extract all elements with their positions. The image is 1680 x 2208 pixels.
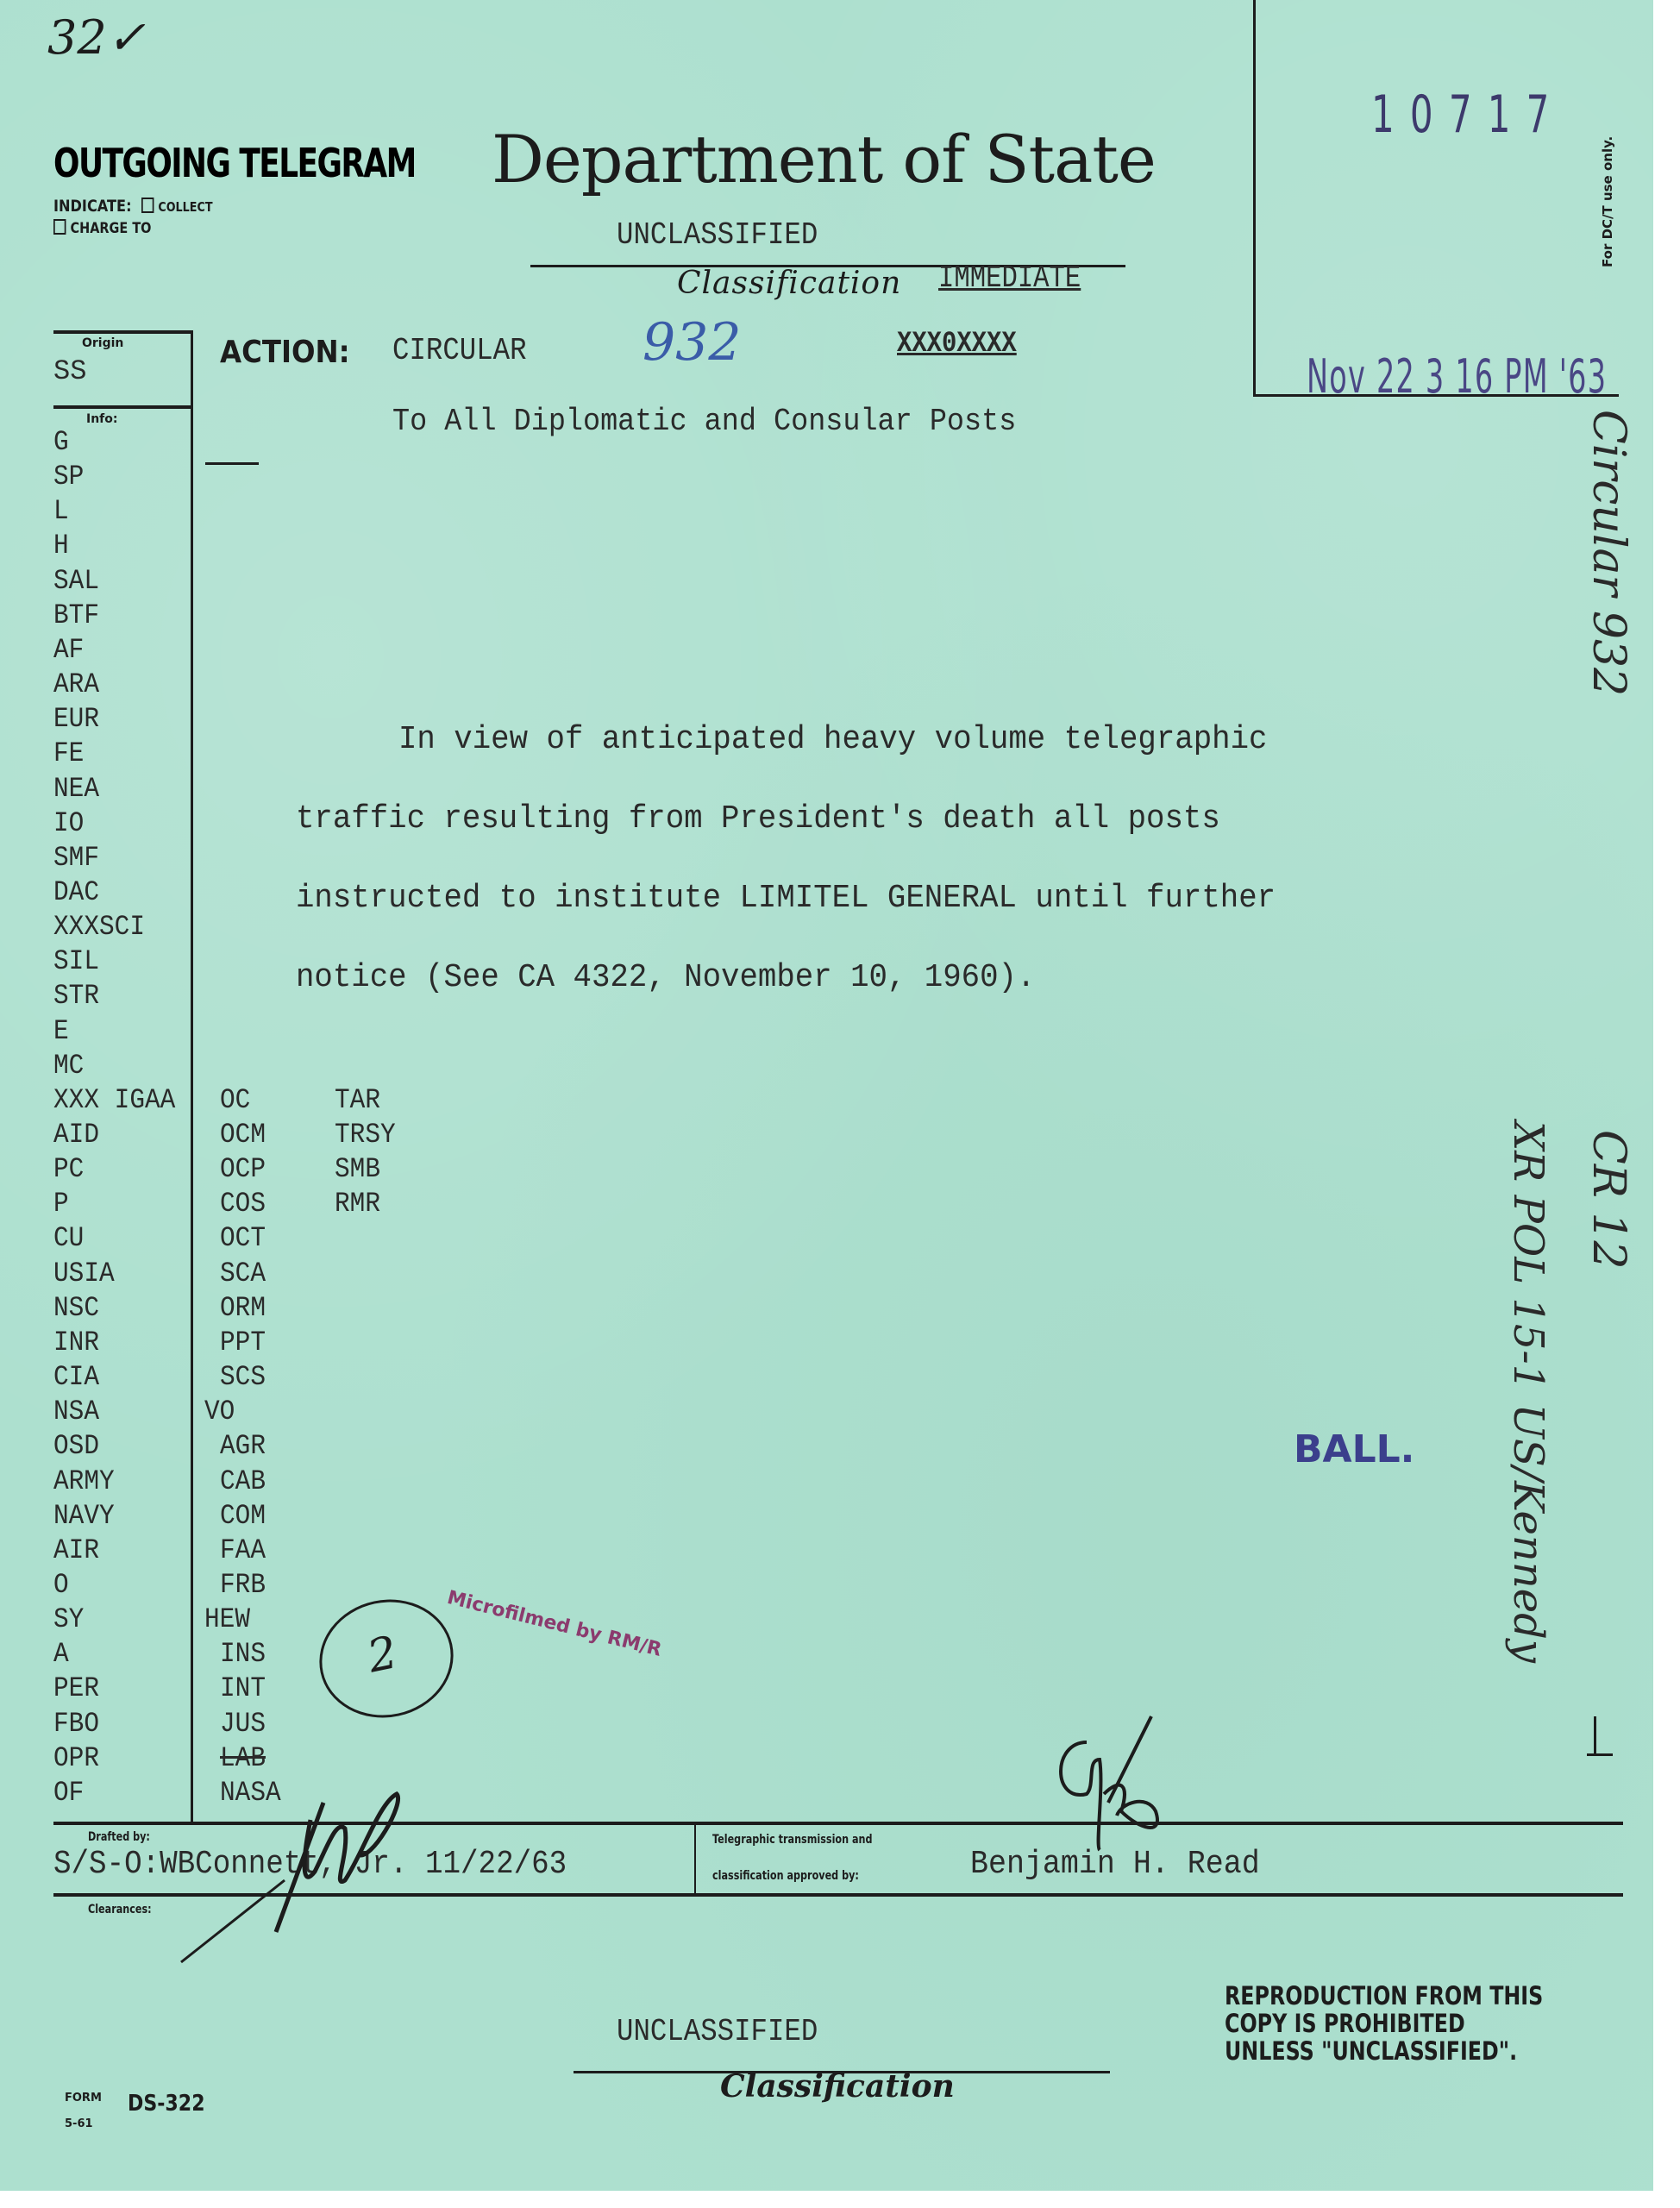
action-label: ACTION: [220,335,350,370]
collect-label: COLLECT [158,199,212,215]
classification-label-top: Classification [677,266,901,301]
routing-code: STR [53,980,99,1012]
collect-checkbox[interactable] [141,198,154,213]
indicate-row: INDICATE: COLLECT [53,197,213,216]
routing-code: COM [220,1500,266,1532]
routing-code: HEW [204,1603,250,1635]
date-time-stamp: Nov 22 3 16 PM '63 [1307,349,1607,404]
form-date: 5-61 [65,2111,102,2137]
bracket-mark-horizontal [1587,1753,1613,1756]
routing-code: L [53,495,69,527]
routing-code: BTF [53,599,99,631]
action-value: CIRCULAR [392,333,527,368]
circular-number-handwritten: 932 [643,312,742,373]
origin-value: SS [53,355,86,387]
classification-value-bottom: UNCLASSIFIED [617,2014,818,2049]
routing-code: FBO [53,1708,99,1740]
dct-use-label: For DC/T use only. [1600,136,1615,267]
routing-code: INR [53,1327,99,1358]
routing-code: PPT [220,1327,266,1358]
reproduction-notice-line-2: COPY IS PROHIBITED [1225,2010,1543,2037]
routing-code: OC [220,1084,250,1116]
reproduction-notice: REPRODUCTION FROM THIS COPY IS PROHIBITE… [1225,1982,1543,2065]
routing-code: SMB [335,1153,380,1185]
routing-code: USIA [53,1258,115,1289]
telegram-page: 32✓ OUTGOING TELEGRAM Department of Stat… [0,0,1653,2191]
routing-code: SMF [53,842,99,874]
routing-code: XXXSCI [53,911,145,943]
circled-number: 2 [309,1587,465,1729]
routing-code: OCT [220,1222,266,1254]
circled-number-value: 2 [363,1627,402,1684]
routing-code: AGR [220,1430,266,1462]
bracket-mark-vertical [1594,1716,1596,1755]
routing-code: INT [220,1672,266,1704]
routing-code: AID [53,1119,99,1151]
margin-note-file-ref: XR POL 15-1 US/Kennedy [1504,1121,1552,1663]
info-label: Info: [86,412,117,426]
ball-stamp: BALL. [1294,1427,1414,1471]
body-line-4: notice (See CA 4322, November 10, 1960). [296,959,1035,996]
clearances-label: Clearances: [88,1903,152,1916]
routing-column-divider [191,330,193,1822]
microfilm-stamp: Microfilmed by RM/R [445,1587,664,1661]
routing-code: EUR [53,703,99,735]
margin-note-cr: CR 12 [1583,1130,1634,1270]
routing-code: DAC [53,876,99,908]
routing-code: TRSY [335,1119,396,1151]
routing-code: P [53,1188,69,1220]
routing-code: PC [53,1153,84,1185]
routing-code: NSA [53,1396,99,1427]
routing-code: IO [53,807,84,839]
routing-code: CU [53,1222,84,1254]
routing-code: COS [220,1188,266,1220]
routing-code: SCS [220,1361,266,1393]
routing-code: O [53,1569,69,1601]
routing-code: ORM [220,1292,266,1324]
routing-code: E [53,1015,69,1047]
reproduction-notice-line-1: REPRODUCTION FROM THIS [1225,1982,1543,2010]
classification-value-top: UNCLASSIFIED [617,217,818,253]
origin-box-divider [53,405,193,409]
body-line-1: In view of anticipated heavy volume tele… [398,721,1267,758]
agency-title: Department of State [492,121,1156,198]
dct-number-stamp: 10717 [1371,85,1565,145]
short-dash-mark [205,462,259,465]
routing-code: SIL [53,945,99,977]
origin-label: Origin [82,336,123,350]
routing-code: ARMY [53,1465,115,1497]
drafter-signature [172,1768,431,1966]
routing-code: G [53,426,69,458]
routing-code: OPR [53,1742,99,1774]
routing-code: A [53,1638,69,1670]
routing-code: CIA [53,1361,99,1393]
routing-code: AIR [53,1534,99,1566]
routing-code: XXX IGAA [53,1084,175,1116]
routing-code: OF [53,1777,84,1809]
routing-code: MC [53,1050,84,1082]
approval-label-2: classification approved by: [712,1869,859,1883]
body-line-2: traffic resulting from President's death… [296,800,1220,837]
struck-out-text: XXX0XXXX [897,328,1017,361]
routing-code: OCP [220,1153,266,1185]
form-type-title: OUTGOING TELEGRAM [53,140,416,186]
routing-code: SP [53,461,84,492]
margin-note-circular: Circular 932 [1583,410,1634,696]
dct-box-left-border [1253,0,1256,397]
routing-code: CAB [220,1465,266,1497]
routing-code: NAVY [53,1500,115,1532]
indicate-label: INDICATE: [53,197,132,216]
routing-code: AF [53,634,84,666]
routing-code: NEA [53,773,99,805]
routing-code: H [53,530,69,561]
routing-code: INS [220,1638,266,1670]
page-number-mark: 32✓ [47,10,146,65]
form-meta: FORM 5-61 [65,2086,102,2137]
classification-label-bottom: Classification [720,2068,955,2104]
routing-code: PER [53,1672,99,1704]
routing-code: FRB [220,1569,266,1601]
drafted-by-label: Drafted by: [88,1830,150,1844]
routing-code: SCA [220,1258,266,1289]
routing-code: OSD [53,1430,99,1462]
precedence-value: IMMEDIATE [938,260,1081,296]
routing-code: RMR [335,1188,380,1220]
routing-code: OCM [220,1119,266,1151]
charge-to-checkbox[interactable] [53,219,66,235]
form-label: FORM [65,2086,102,2111]
body-line-3: instructed to institute LIMITEL GENERAL … [296,880,1276,917]
routing-code: VO [204,1396,235,1427]
form-number: DS-322 [128,2091,205,2117]
routing-code: TAR [335,1084,380,1116]
origin-box-top [53,330,193,334]
approver-signature [1035,1708,1199,1854]
routing-code: FE [53,737,84,769]
charge-row: CHARGE TO [53,219,151,237]
routing-code: SY [53,1603,84,1635]
reproduction-notice-line-3: UNLESS "UNCLASSIFIED". [1225,2037,1543,2065]
routing-code: FAA [220,1534,266,1566]
addressee-line: To All Diplomatic and Consular Posts [392,404,1016,439]
routing-code: JUS [220,1708,266,1740]
charge-to-label: CHARGE TO [71,220,152,237]
approval-label-1: Telegraphic transmission and [712,1833,873,1847]
routing-code: ARA [53,668,99,700]
drafted-row-divider [694,1822,696,1895]
routing-code: NSC [53,1292,99,1324]
routing-code: SAL [53,565,99,597]
